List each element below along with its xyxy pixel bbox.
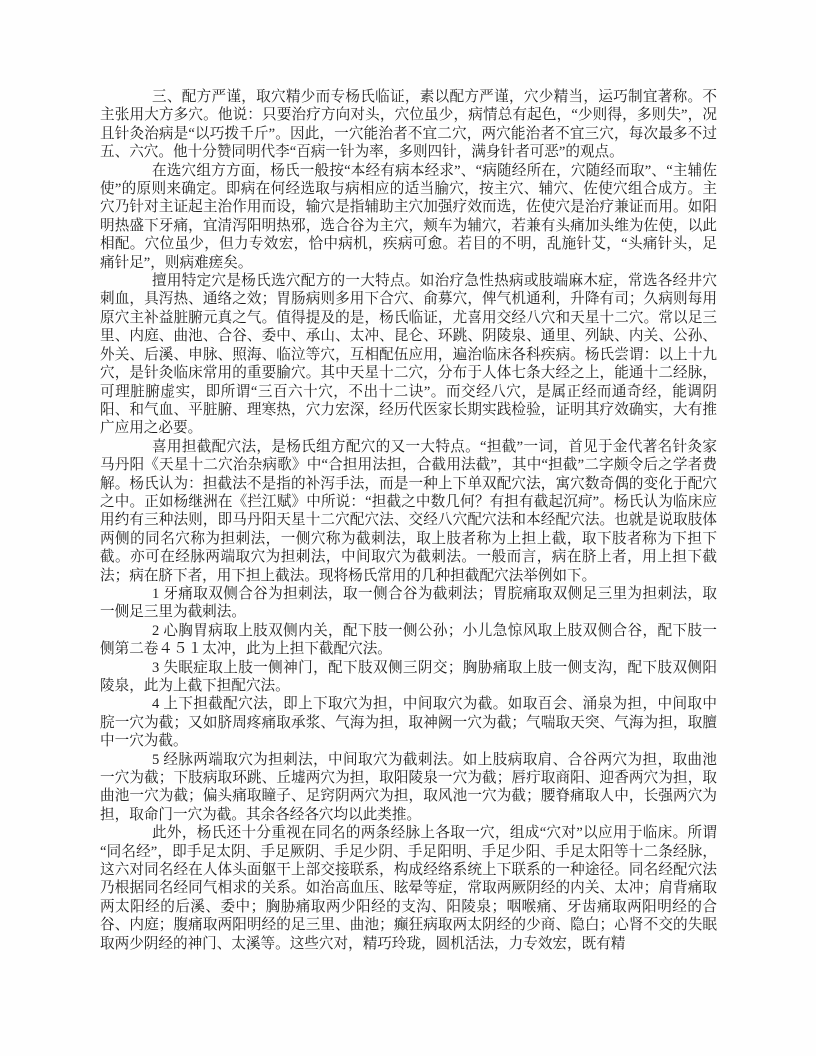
paragraph-special-points-usage: 擅用特定穴是杨氏选穴配方的一大特点。如治疗急性热病或肢端麻木症，常选各经井穴刺血… xyxy=(100,272,717,438)
list-item-3-insomnia: 3 失眠症取上肢一侧神门，配下肢双侧三阴交；胸胁痛取上肢一侧支沟，配下肢双侧阳陵… xyxy=(100,659,717,696)
list-item-1-toothache: 1 牙痛取双侧合谷为担刺法，取一侧合谷为截刺法；胃脘痛取双侧足三里为担刺法，取一… xyxy=(100,585,717,622)
paragraph-danjie-method: 喜用担截配穴法，是杨氏组方配穴的又一大特点。“担截”一词，首见于金代著名针灸家马… xyxy=(100,438,717,585)
document-page: 三、配方严谨，取穴精少而专杨氏临证，素以配方严谨，穴少精当，运巧制宜著称。不主张… xyxy=(0,0,816,1056)
list-item-2-heart-chest-stomach: 2 心胸胃病取上肢双侧内关，配下肢一侧公孙；小儿急惊风取上肢双侧合谷，配下肢一侧… xyxy=(100,622,717,659)
list-item-4-updown-danjie: 4 上下担截配穴法，即上下取穴为担，中间取穴为截。如取百会、涌泉为担，中间取中脘… xyxy=(100,695,717,750)
list-item-5-meridian-ends: 5 经脉两端取穴为担刺法，中间取穴为截刺法。如上肢病取肩、合谷两穴为担，取曲池一… xyxy=(100,751,717,825)
paragraph-same-name-meridian-pairs: 此外，杨氏还十分重视在同名的两条经脉上各取一穴，组成“穴对”以应用于临床。所谓“… xyxy=(100,824,717,953)
paragraph-point-selection-principles: 在选穴组方方面，杨氏一般按“本经有病本经求”、“病随经所在，穴随经而取”、“主辅… xyxy=(100,162,717,272)
paragraph-intro-prescription-rigor: 三、配方严谨，取穴精少而专杨氏临证，素以配方严谨，穴少精当，运巧制宜著称。不主张… xyxy=(100,88,717,162)
body-text: 三、配方严谨，取穴精少而专杨氏临证，素以配方严谨，穴少精当，运巧制宜著称。不主张… xyxy=(100,88,717,953)
